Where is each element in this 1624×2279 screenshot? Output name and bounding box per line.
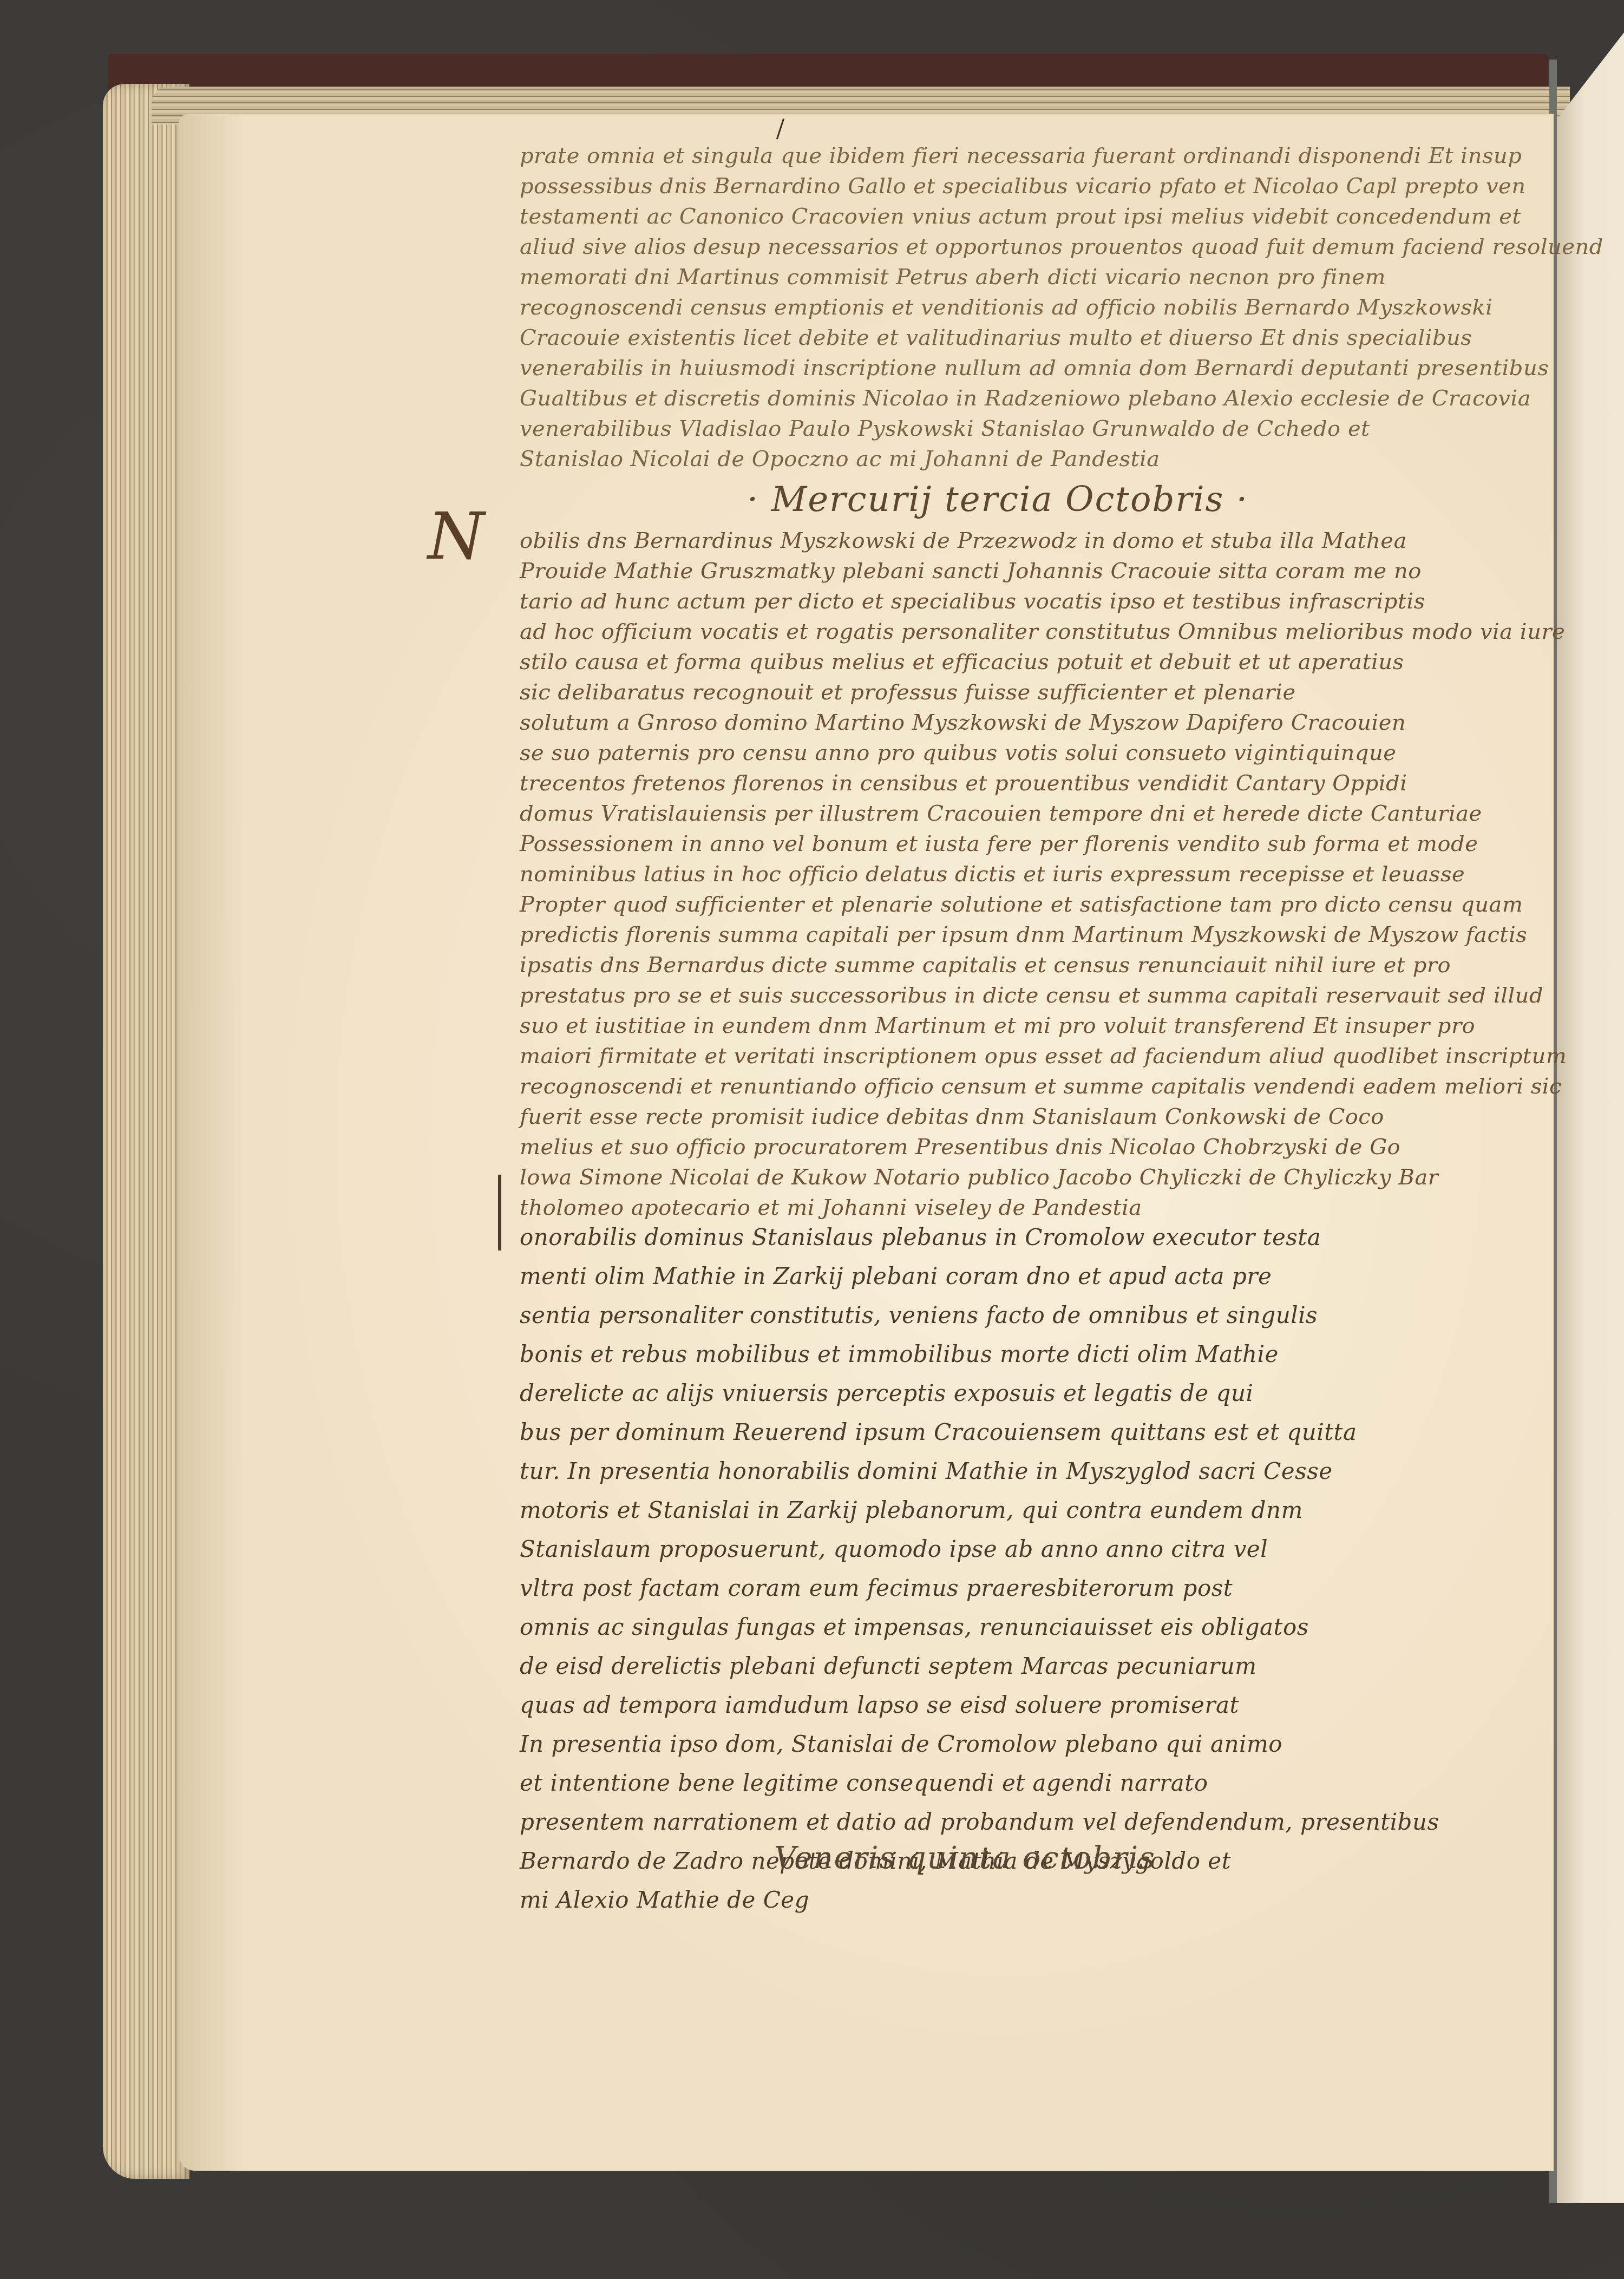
text-line: venerabilibus Vladislao Paulo Pyskowski … xyxy=(520,414,1537,444)
facing-page xyxy=(1557,32,1624,2203)
text-line: de eisd derelictis plebani defuncti sept… xyxy=(520,1647,1439,1686)
text-line: ipsatis dns Bernardus dicte summe capita… xyxy=(520,951,1537,981)
text-block: prate omnia et singula que ibidem fieri … xyxy=(520,141,1537,1223)
text-line: ad hoc officium vocatis et rogatis perso… xyxy=(520,617,1537,647)
text-line: lowa Simone Nicolai de Kukow Notario pub… xyxy=(520,1163,1537,1193)
text-line: quas ad tempora iamdudum lapso se eisd s… xyxy=(520,1686,1439,1725)
text-line: suo et iustitiae in eundem dnm Martinum … xyxy=(520,1011,1537,1042)
text-line: predictis florenis summa capitali per ip… xyxy=(520,920,1537,951)
text-line: tario ad hunc actum per dicto et special… xyxy=(520,587,1537,617)
text-line: vltra post factam coram eum fecimus prae… xyxy=(520,1569,1439,1608)
text-line: stilo causa et forma quibus melius et ef… xyxy=(520,647,1537,678)
text-line: venerabilis in huiusmodi inscriptione nu… xyxy=(520,353,1537,383)
text-line: mi Alexio Mathie de Ceg xyxy=(520,1881,1439,1920)
text-line: Prouide Mathie Gruszmatky plebani sancti… xyxy=(520,556,1537,587)
text-line: tur. In presentia honorabilis domini Mat… xyxy=(520,1452,1439,1491)
text-line: memorati dni Martinus commisit Petrus ab… xyxy=(520,262,1537,292)
text-line: domus Vratislauiensis per illustrem Crac… xyxy=(520,799,1537,829)
text-line: Possessionem in anno vel bonum et iusta … xyxy=(520,829,1537,860)
text-line: Propter quod sufficienter et plenarie so… xyxy=(520,890,1537,920)
text-line: sic delibaratus recognouit et professus … xyxy=(520,678,1537,708)
text-line: presentem narrationem et datio ad proban… xyxy=(520,1803,1439,1842)
text-line: omnis ac singulas fungas et impensas, re… xyxy=(520,1608,1439,1647)
text-line: testamenti ac Canonico Cracovien vnius a… xyxy=(520,201,1537,232)
text-line: prestatus pro se et suis successoribus i… xyxy=(520,981,1537,1011)
entry-myszkowski: N obilis dns Bernardinus Myszkowski de P… xyxy=(520,526,1537,1223)
text-line: motoris et Stanislai in Zarkij plebanoru… xyxy=(520,1491,1439,1530)
entry-continuation: prate omnia et singula que ibidem fieri … xyxy=(520,141,1537,474)
text-line: maiori firmitate et veritati inscription… xyxy=(520,1042,1537,1072)
text-line: se suo paternis pro censu anno pro quibu… xyxy=(520,738,1537,769)
entry-stanislaus: onorabilis dominus Stanislaus plebanus i… xyxy=(520,1218,1439,1920)
text-line: possessibus dnis Bernardino Gallo et spe… xyxy=(520,171,1537,201)
text-line: onorabilis dominus Stanislaus plebanus i… xyxy=(520,1218,1439,1257)
text-line: trecentos fretenos florenos in censibus … xyxy=(520,769,1537,799)
text-line: nominibus latius in hoc officio delatus … xyxy=(520,860,1537,890)
text-line: melius et suo officio procuratorem Prese… xyxy=(520,1132,1537,1163)
text-line: Stanislaum proposuerunt, quomodo ipse ab… xyxy=(520,1530,1439,1569)
text-line: solutum a Gnroso domino Martino Myszkows… xyxy=(520,708,1537,738)
text-line: bus per dominum Reuerend ipsum Cracouien… xyxy=(520,1413,1439,1452)
text-line: recognoscendi census emptionis et vendit… xyxy=(520,292,1537,323)
text-line: aliud sive alios desup necessarios et op… xyxy=(520,232,1537,262)
text-line: derelicte ac alijs vniuersis perceptis e… xyxy=(520,1374,1439,1413)
text-line: Stanislao Nicolai de Opoczno ac mi Johan… xyxy=(520,444,1537,474)
text-line: recognoscendi et renuntiando officio cen… xyxy=(520,1072,1537,1102)
initial-letter-h xyxy=(498,1175,506,1250)
text-line: Gualtibus et discretis dominis Nicolao i… xyxy=(520,383,1537,414)
text-line: et intentione bene legitime consequendi … xyxy=(520,1764,1439,1803)
text-line: bonis et rebus mobilibus et immobilibus … xyxy=(520,1335,1439,1374)
text-line: In presentia ipso dom, Stanislai de Crom… xyxy=(520,1725,1439,1764)
text-line: obilis dns Bernardinus Myszkowski de Prz… xyxy=(520,526,1537,556)
page-edges-left xyxy=(103,84,189,2179)
text-line: fuerit esse recte promisit iudice debita… xyxy=(520,1102,1537,1132)
date-heading-veneris: Veneris quinta octobris xyxy=(774,1841,1156,1876)
text-line: menti olim Mathie in Zarkij plebani cora… xyxy=(520,1257,1439,1296)
text-line: sentia personaliter constitutis, veniens… xyxy=(520,1296,1439,1335)
initial-letter: N xyxy=(428,521,484,553)
text-line: Cracouie existentis licet debite et vali… xyxy=(520,323,1537,353)
date-heading-mercurij: · Mercurij tercia Octobris · xyxy=(747,480,1537,520)
text-line: prate omnia et singula que ibidem fieri … xyxy=(520,141,1537,171)
